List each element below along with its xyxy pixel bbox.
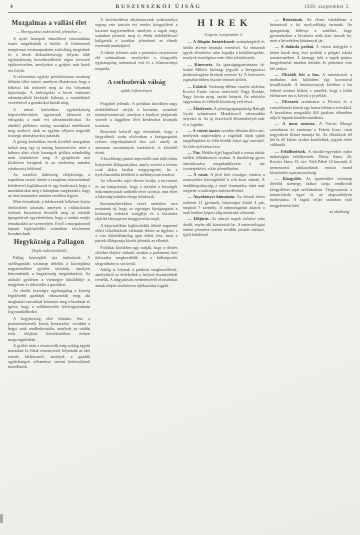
news-item-lead: — Áthelyezés. — [188, 106, 213, 111]
boxed-article-headline: A csehszlovák válságujabb fejleményei — [95, 72, 177, 100]
column: Mozgalmas a vallási élet— Beregszászi tu… — [8, 17, 90, 523]
paragraph: A református egyház presbitériuma vasárn… — [8, 74, 90, 106]
paragraph: Pallag községből irja tudósitónk: A szől… — [8, 255, 90, 287]
news-item-lead: — A dalárda próbái. — [275, 44, 314, 49]
signature-line: az elnökség. — [270, 209, 350, 214]
paragraph: A nyári hónapok elmultával városunkban i… — [8, 36, 90, 73]
news-item: — Olcsóbb lett a hus. A mészárosok a mar… — [270, 72, 352, 98]
news-item: — A mozi müsora. A Városi Mozgó szombato… — [270, 121, 352, 147]
news-item-lead: — A mozi müsora. — [275, 121, 316, 126]
news-item-lead: — Beiratások. — [275, 17, 303, 22]
column: A kereskedelmi alkalmazottak szakosztály… — [95, 17, 177, 523]
article-headline: Mozgalmas a vallási élet — [9, 20, 89, 28]
news-item-lead: — A főispán hazaérkezett — [188, 39, 235, 44]
news-item-lead: — Közgyülés. — [275, 176, 303, 181]
boxed-article-title: A csehszlovák válság — [98, 79, 174, 87]
paragraph: Az izraelita hitközség elöljárósága a na… — [8, 172, 90, 198]
paragraph: Politikai körökben ugy tudják, hogy a dö… — [95, 245, 177, 266]
paragraph: A római katholikus egyházközség képvisel… — [8, 107, 90, 139]
paragraph: A kisebbségi pártok képviselői már több … — [95, 156, 177, 177]
scan-artifact — [0, 514, 3, 523]
news-item: — Beiratások. Az elemi iskolákban a beir… — [270, 17, 352, 43]
column: — Beiratások. Az elemi iskolákban a beir… — [270, 17, 352, 523]
news-item: — Anyakönyvi kimutatás. Az elmult héten … — [183, 194, 265, 215]
news-item-lead: — Anyakönyvi kimutatás. — [188, 194, 236, 199]
issue-date: 1928. szeptember 5. — [304, 5, 350, 10]
news-item-lead: — Tüz. — [188, 150, 201, 155]
news-item: — Kinevezés. Az igazságügyminiszter dr. … — [183, 62, 265, 83]
news-item: — Tüz. Hétfőn éjjel kigyulladt a vasuti … — [183, 150, 265, 171]
paragraph: A képviselőház legközelebbi ülésén napir… — [95, 223, 177, 244]
paragraph: Az ellenzéki sajtó élesen birálja a terv… — [95, 178, 177, 199]
paragraph: Prágából jelentik: A politikai körökben … — [95, 101, 177, 127]
news-item-lead: — Esküvő. — [188, 84, 208, 89]
column: HIREKUngvár, szeptember 4.— A főispán ha… — [183, 17, 265, 523]
news-item: — Áthelyezés. A pénzügyigazgatóság Balog… — [183, 106, 265, 127]
paragraph: A görög katholikus hivek köréből mozgalo… — [8, 139, 90, 171]
news-item-lead: — Elveszett — [275, 99, 298, 104]
paragraph: Addig is folynak a pártközi megbeszélése… — [95, 267, 177, 288]
news-item: — Felülfizetések. A tüzoltó-egyesület ny… — [270, 149, 352, 175]
newspaper-title: RUSZINSZKÓI ÚJSÁG — [115, 4, 201, 10]
section-headline: HIREK — [185, 19, 265, 31]
page-number: 4 — [10, 4, 13, 10]
news-item-lead: — Olcsóbb lett a hus. — [275, 72, 320, 77]
paragraph: Mint értesülünk, a felekezetek lelkészei… — [8, 199, 90, 236]
article-subhead: (Saját tudósitónktól) — [8, 248, 90, 253]
news-item: — A városi tanács szerdán délután ülést … — [183, 128, 265, 149]
paragraph: Beavatott helyről ugy értesülnek, hogy a… — [95, 129, 177, 155]
news-item: — A dalárda próbái. A városi dalegylet e… — [270, 44, 352, 70]
page-header: 4 RUSZINSZKÓI ÚJSÁG 1928. szeptember 5. — [0, 0, 360, 11]
news-item-lead: — A városi tanács — [188, 128, 221, 133]
boxed-article-subtitle: ujabb fejleményei — [98, 88, 174, 94]
article-subhead: Ungvár, szeptember 4. — [183, 32, 265, 37]
news-item: — Esküvő. Vasárnap délben vezette oltárh… — [183, 84, 265, 105]
paragraph: A hegyközség első feladata lesz a permet… — [8, 316, 90, 342]
news-item: — Közgyülés. Az ipartestület vasárnap dé… — [270, 176, 352, 208]
news-item-lead: — Kinevezés. — [188, 62, 214, 67]
paragraph: Az elnöki tisztségre egyhangulag a közsé… — [8, 288, 90, 314]
paragraph: A gyülés után a résztvevők még sokáig eg… — [8, 343, 90, 369]
news-item-lead: — Felülfizetések. — [275, 149, 307, 154]
article-subhead: — Beregszászi tudósítónk jelentése — — [8, 29, 90, 34]
article-headline: Hegyközség a Pallagon — [9, 239, 89, 247]
news-item: — Elveszett szombaton a Fő-utca és a vas… — [270, 99, 352, 120]
news-item: — Időjárás. Az elmult napok esőzése után… — [183, 216, 265, 237]
news-item-lead: — Időjárás. — [188, 216, 210, 221]
paragraph: Kormánykörökben ezzel szemben arra mutat… — [95, 201, 177, 222]
news-item: — A vásár. A jövő heti országos vásárra … — [183, 172, 265, 193]
news-item: — A főispán hazaérkezett szabadságáról é… — [183, 39, 265, 60]
column-container: Mozgalmas a vallási élet— Beregszászi tu… — [0, 13, 360, 523]
paragraph: A titkári jelentés után a pénztáros terj… — [95, 50, 177, 71]
newspaper-page: 4 RUSZINSZKÓI ÚJSÁG 1928. szeptember 5. … — [0, 0, 360, 535]
paragraph: A kereskedelmi alkalmazottak szakosztály… — [95, 17, 177, 49]
news-item-lead: — A vásár. — [188, 172, 209, 177]
